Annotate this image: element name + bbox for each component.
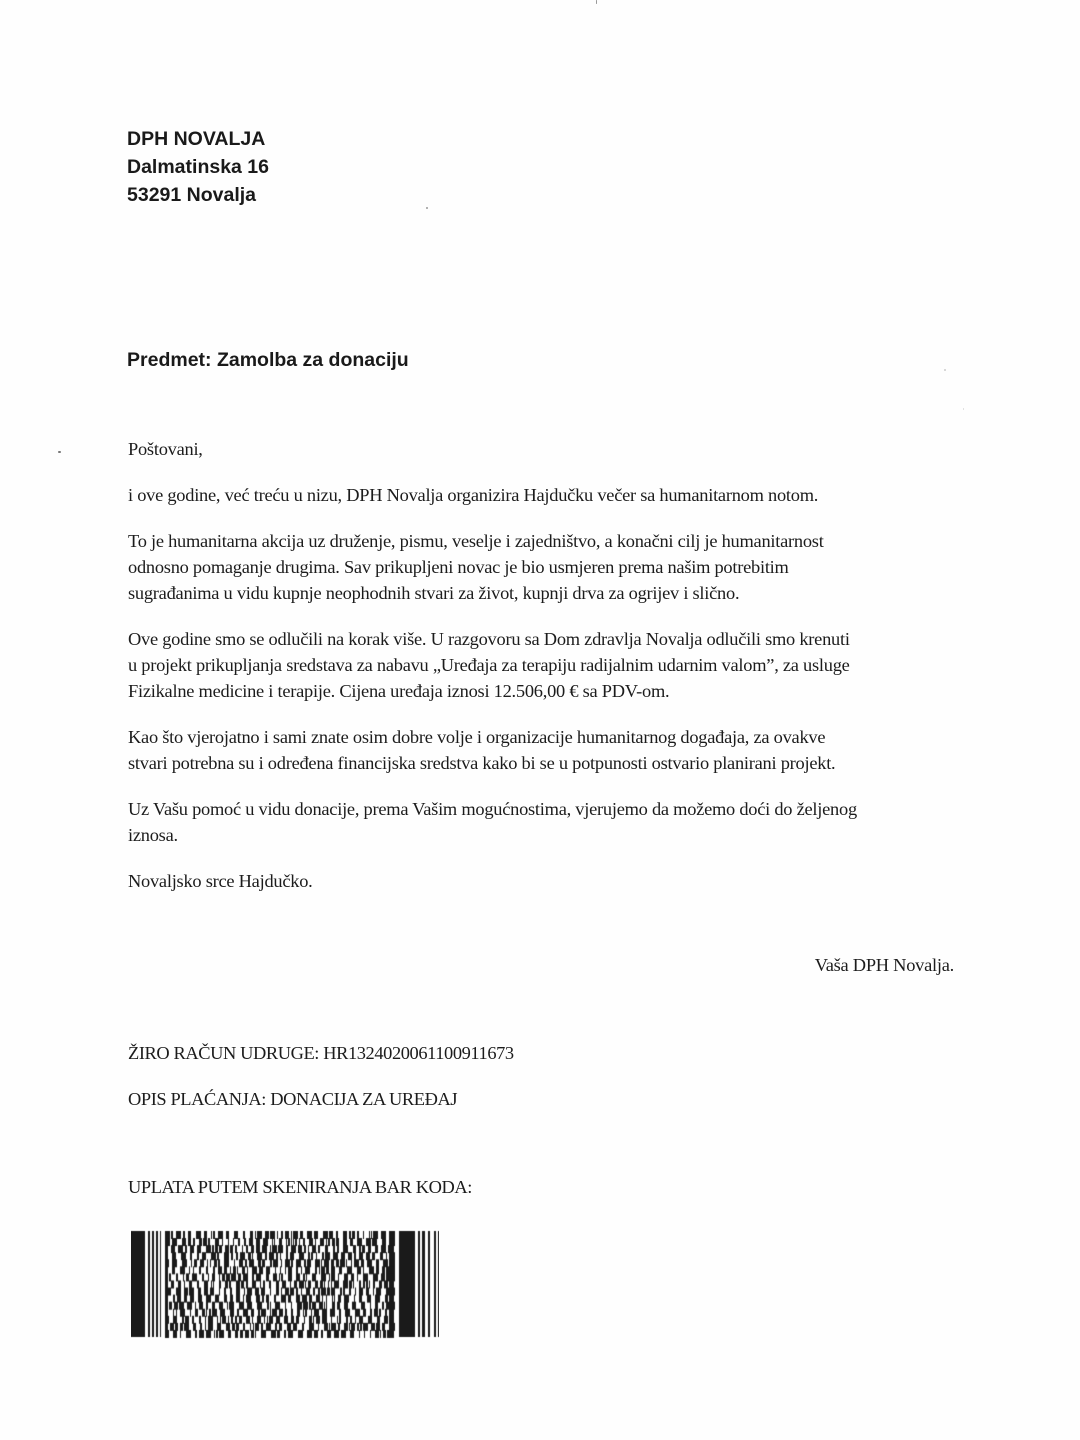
paragraph-line: Kao što vjerojatno i sami znate osim dob… (128, 724, 958, 750)
paragraph-about-action: To je humanitarna akcija uz druženje, pi… (128, 528, 958, 606)
payment-description-label: OPIS PLAĆANJA: (128, 1089, 266, 1109)
scan-speck (963, 408, 964, 410)
scan-speck (596, 0, 597, 4)
bank-account-label: ŽIRO RAČUN UDRUGE: (128, 1043, 319, 1063)
barcode-image (131, 1229, 439, 1339)
paragraph-funding: Kao što vjerojatno i sami znate osim dob… (128, 724, 958, 776)
scan-speck (944, 369, 946, 371)
letter-greeting: Poštovani, (128, 436, 958, 462)
letter-signature: Vaša DPH Novalja. (815, 952, 954, 978)
scan-speck (58, 451, 61, 453)
paragraph-closing: Novaljsko srce Hajdučko. (128, 868, 958, 894)
paragraph-intro: i ove godine, već treću u nizu, DPH Nova… (128, 482, 958, 508)
sender-city: 53291 Novalja (127, 181, 269, 209)
paragraph-line: i ove godine, već treću u nizu, DPH Nova… (128, 482, 958, 508)
paragraph-project: Ove godine smo se odlučili na korak više… (128, 626, 958, 704)
bank-account-line: ŽIRO RAČUN UDRUGE: HR1324020061100911673 (128, 1040, 514, 1066)
scan-speck (426, 207, 428, 209)
sender-address: DPH NOVALJA Dalmatinska 16 53291 Novalja (127, 125, 269, 209)
letter-page: DPH NOVALJA Dalmatinska 16 53291 Novalja… (0, 0, 1080, 1440)
paragraph-line: stvari potrebna su i određena financijsk… (128, 750, 958, 776)
paragraph-line: odnosno pomaganje drugima. Sav prikuplje… (128, 554, 958, 580)
sender-name: DPH NOVALJA (127, 125, 269, 153)
sender-street: Dalmatinska 16 (127, 153, 269, 181)
pdf417-barcode (131, 1229, 439, 1339)
paragraph-line: Ove godine smo se odlučili na korak više… (128, 626, 958, 652)
paragraph-line: Fizikalne medicine i terapije. Cijena ur… (128, 678, 958, 704)
paragraph-line: Novaljsko srce Hajdučko. (128, 868, 958, 894)
paragraph-line: u projekt prikupljanja sredstava za naba… (128, 652, 958, 678)
paragraph-line: Uz Vašu pomoć u vidu donacije, prema Vaš… (128, 796, 958, 822)
letter-body: Poštovani, i ove godine, već treću u niz… (128, 436, 958, 914)
paragraph-donation-request: Uz Vašu pomoć u vidu donacije, prema Vaš… (128, 796, 958, 848)
paragraph-line: iznosa. (128, 822, 958, 848)
paragraph-line: sugrađanima u vidu kupnje neophodnih stv… (128, 580, 958, 606)
bank-account-iban: HR1324020061100911673 (323, 1043, 514, 1063)
letter-subject: Predmet: Zamolba za donaciju (127, 346, 409, 374)
payment-description-line: OPIS PLAĆANJA: DONACIJA ZA UREĐAJ (128, 1086, 457, 1112)
paragraph-line: To je humanitarna akcija uz druženje, pi… (128, 528, 958, 554)
barcode-payment-label: UPLATA PUTEM SKENIRANJA BAR KODA: (128, 1174, 472, 1200)
payment-description-value: DONACIJA ZA UREĐAJ (270, 1089, 457, 1109)
